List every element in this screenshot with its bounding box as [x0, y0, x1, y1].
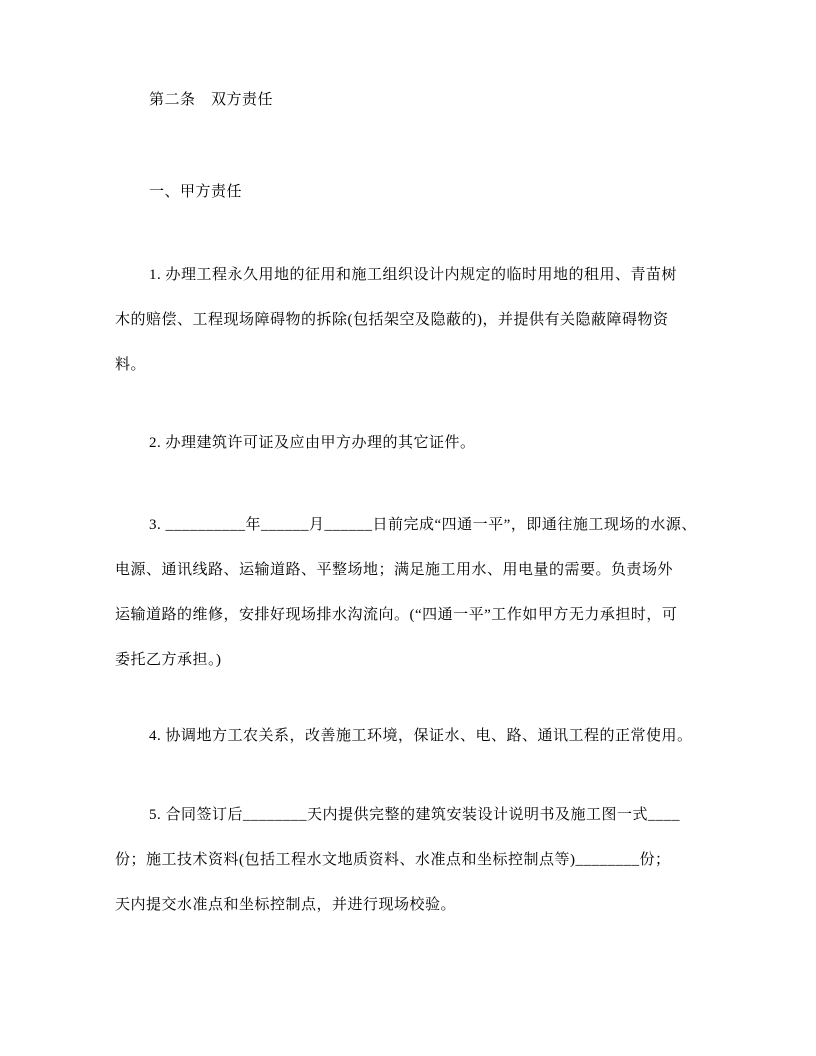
text-line: 运输道路的维修，安排好现场排水沟流向。(“四通一平”工作如甲方无力承担时，可 [115, 593, 708, 638]
text-line: 天内提交水准点和坐标控制点，并进行现场校验。 [115, 883, 708, 928]
text-line: 委托乙方承担。) [115, 638, 708, 683]
clause-4: 4. 协调地方工农关系，改善施工环境，保证水、电、路、通讯工程的正常使用。 [115, 714, 708, 759]
text-line: 2. 办理建筑许可证及应由甲方办理的其它证件。 [115, 421, 708, 466]
clause-2: 2. 办理建筑许可证及应由甲方办理的其它证件。 [115, 421, 708, 466]
clause-3: 3. __________年______月______日前完成“四通一平”，即通… [115, 503, 708, 683]
article-heading-text: 第二条 双方责任 [115, 78, 708, 123]
clause-1: 1. 办理工程永久用地的征用和施工组织设计内规定的临时用地的租用、青苗树 木的赔… [115, 253, 708, 388]
text-line: 木的赔偿、工程现场障碍物的拆除(包括架空及隐蔽的)，并提供有关隐蔽障碍物资 [115, 298, 708, 343]
text-line: 料。 [115, 343, 708, 388]
article-heading: 第二条 双方责任 [115, 78, 708, 123]
document-page: 第二条 双方责任 一、甲方责任 1. 办理工程永久用地的征用和施工组织设计内规定… [0, 0, 816, 1056]
text-line: 1. 办理工程永久用地的征用和施工组织设计内规定的临时用地的租用、青苗树 [115, 253, 708, 298]
text-line: 电源、通讯线路、运输道路、平整场地；满足施工用水、用电量的需要。负责场外 [115, 548, 708, 593]
text-line: 份；施工技术资料(包括工程水文地质资料、水准点和坐标控制点等)________份… [115, 838, 708, 883]
clause-5: 5. 合同签订后________天内提供完整的建筑安装设计说明书及施工图一式__… [115, 793, 708, 928]
text-line: 4. 协调地方工农关系，改善施工环境，保证水、电、路、通讯工程的正常使用。 [115, 714, 708, 759]
section-heading-text: 一、甲方责任 [115, 170, 708, 215]
text-line: 5. 合同签订后________天内提供完整的建筑安装设计说明书及施工图一式__… [115, 793, 708, 838]
text-line: 3. __________年______月______日前完成“四通一平”，即通… [115, 503, 708, 548]
section-heading: 一、甲方责任 [115, 170, 708, 215]
